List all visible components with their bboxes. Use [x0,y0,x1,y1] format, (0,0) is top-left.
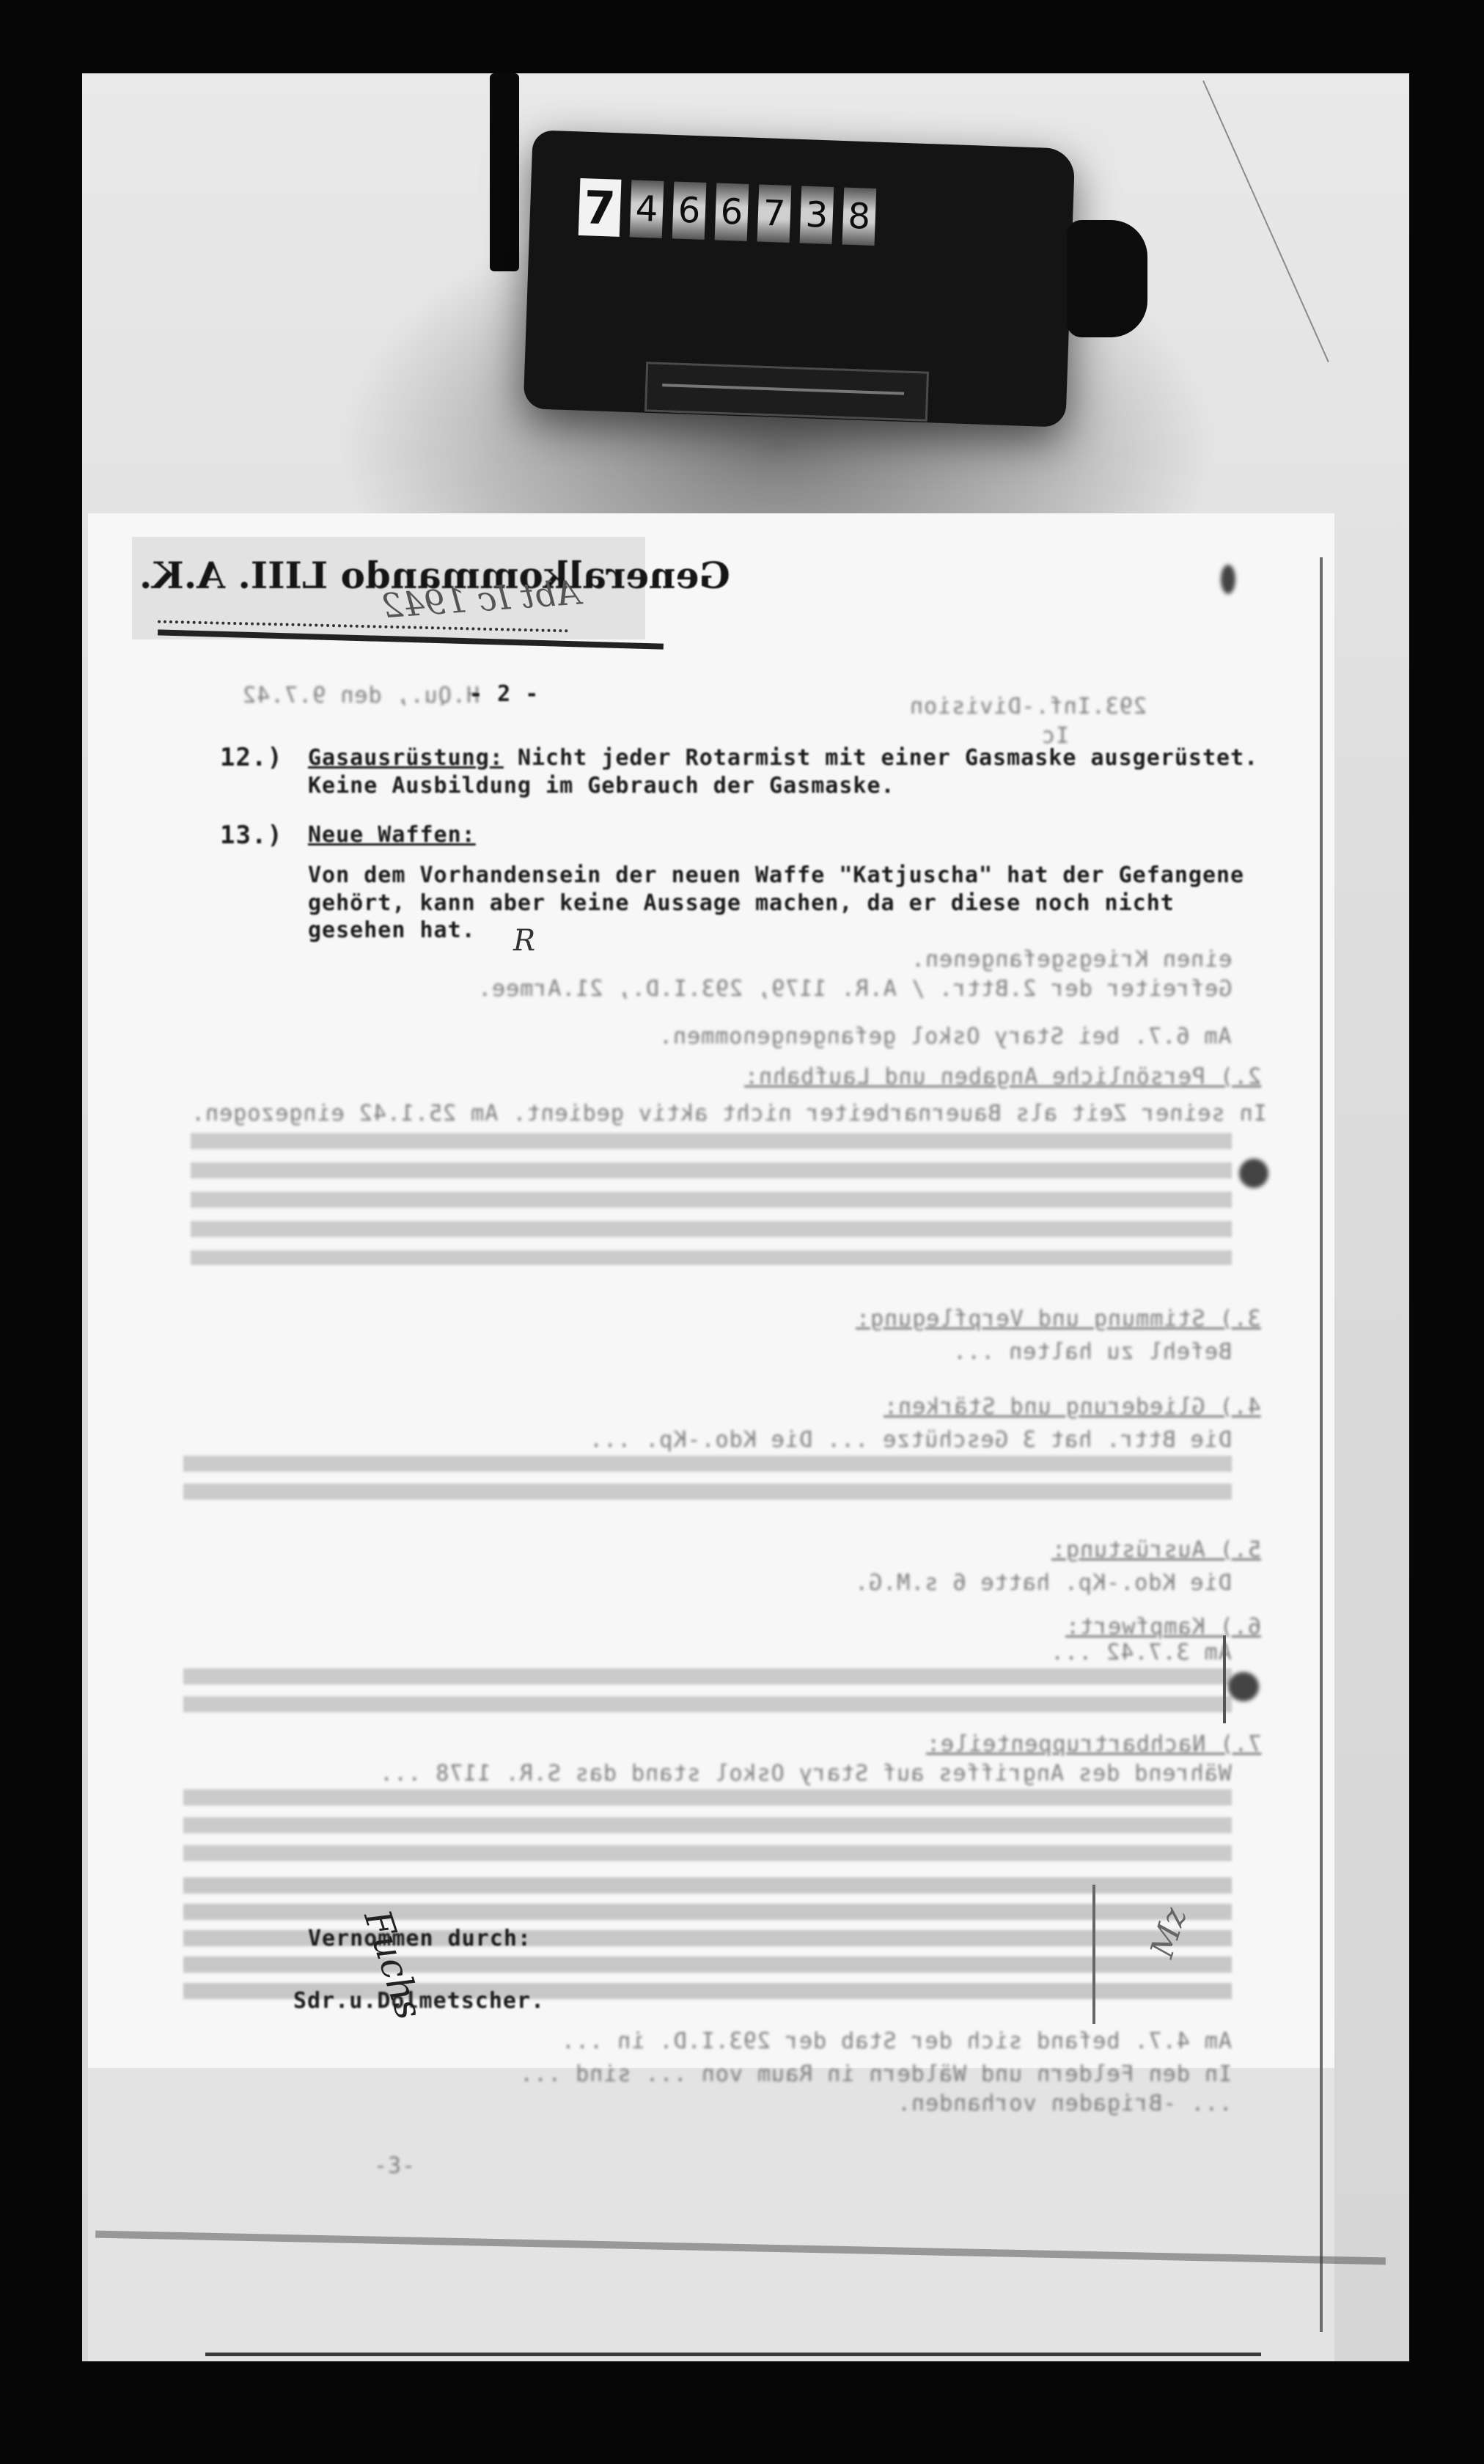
item-heading: Neue Waffen: [308,821,476,849]
ghost-line: Am 3.7.42 ... [183,1639,1232,1667]
counter-arm [490,73,519,271]
counter-reel: 3 [800,186,834,244]
counter-nameplate [644,362,929,421]
ghost-line: ... -Brigaden vorhanden. [440,2090,1232,2118]
ink-mark [1221,565,1235,594]
punch-mark [1239,1159,1268,1188]
ghost-line: einen Kriegsgefangenen. [220,946,1232,974]
counter-knob [1067,220,1147,337]
item-number: 13.) [220,820,283,851]
item-number: 12.) [220,742,283,774]
ghost-line: Die Kdo.-Kp. hatte 6 s.M.G. [220,1569,1232,1597]
ghost-line: 7.) Nachbartruppenteile: [220,1731,1261,1759]
ghost-line: 3.) Stimmung und Verpflegung: [220,1305,1261,1333]
margin-bracket [1092,1885,1095,2024]
counter-reel: 7 [757,184,792,242]
ghost-line: Gefreiter der 2.Bttr. / A.R. 1179, 293.I… [220,975,1232,1003]
margin-bracket [1223,1635,1226,1723]
counter-label-digit: 7 [578,178,622,237]
ghost-paragraph [183,1456,1232,1507]
ghost-line: 5.) Ausrüstung: [220,1536,1261,1564]
ghost-line: Während des Angriffes auf Stary Oskol st… [183,1760,1232,1788]
counter-reel: 6 [672,181,707,239]
frame-counter-readout: 7 4 6 6 7 3 8 [578,178,876,246]
interrogator-name: Sdr.u.Dolmetscher. [293,1987,545,2015]
ghost-paragraph [191,1133,1232,1265]
ghost-line: Die Bttr. hat 3 Geschütze ... Die Kdo.-K… [183,1426,1232,1454]
page-number-line: - 2 - [469,681,539,708]
item-body: Von dem Vorhandensein der neuen Waffe "K… [308,862,1261,945]
ghost-line: 6.) Kampfwert: [220,1613,1261,1641]
ghost-line: Am 6.7. bei Stary Oskol gefangengenommen… [220,1023,1232,1051]
ghost-paragraph [183,1789,1232,1870]
ghost-line: 2.) Persönliche Angaben und Laufbahn: [220,1063,1261,1091]
interrogator-label: Vernommen durch: [308,1925,532,1953]
ghost-line: In den Feldern und Wäldern in Raum von .… [183,2061,1232,2089]
ghost-paragraph [183,1668,1232,1723]
counter-reel: 6 [715,183,749,241]
ghost-line: Befehl zu halten ... [220,1338,1232,1366]
item-heading: Gasausrüstung: [308,745,504,771]
sheet-edge [1320,557,1323,2332]
punch-mark [1228,1672,1259,1701]
sheet-bottom-edge [205,2353,1261,2356]
ghost-line: 4.) Gliederung und Stärken: [220,1393,1261,1421]
footer-mark: -3- [374,2152,416,2180]
ghost-line: In seiner Zeit als Bauernarbeiter nicht … [191,1100,1232,1128]
ghost-line: Am 4.7. befand sich der Stab der 293.I.D… [183,2028,1232,2056]
counter-reel: 8 [842,188,877,246]
division-header: 293.Inf.-Division [909,693,1147,721]
item-text: Gasausrüstung: Nicht jeder Rotarmist mit… [308,744,1261,799]
reference-line: H.Qu., den 9.7.42 [242,682,480,710]
counter-reel: 4 [630,180,664,238]
